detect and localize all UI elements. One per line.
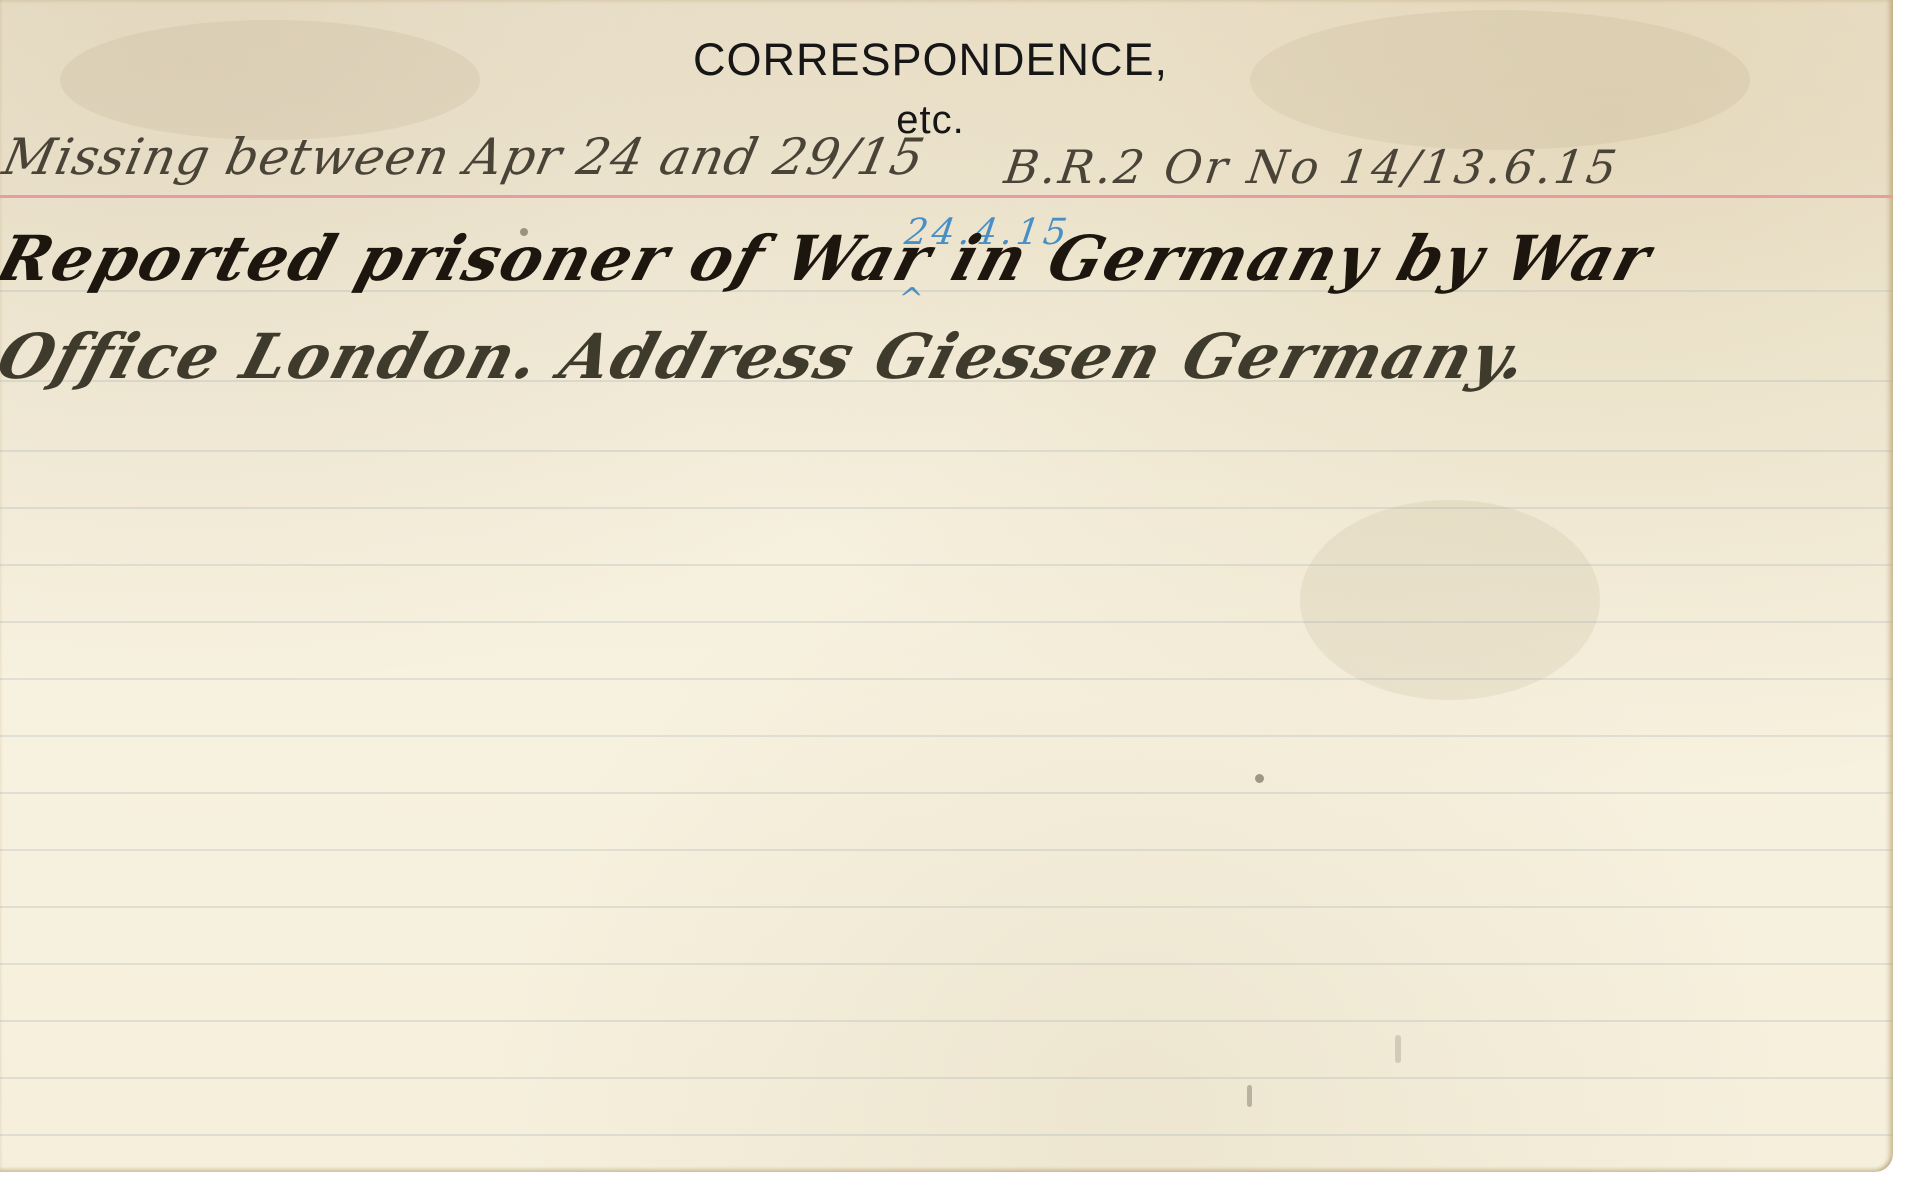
blue-rule-line bbox=[0, 1134, 1893, 1136]
handwritten-address: Office London. Address Giessen Germany. bbox=[0, 320, 1538, 393]
blue-rule-line bbox=[0, 564, 1893, 566]
ink-speck bbox=[1395, 1035, 1401, 1063]
paper-stain bbox=[1300, 500, 1600, 700]
ink-speck bbox=[520, 228, 528, 236]
ink-speck bbox=[1255, 774, 1264, 783]
card-heading: CORRESPONDENCE, bbox=[0, 34, 1877, 86]
blue-rule-line bbox=[0, 1020, 1893, 1022]
handwritten-reference-number: B.R.2 Or No 14/13.6.15 bbox=[1001, 140, 1623, 194]
blue-rule-line bbox=[0, 621, 1893, 623]
blue-rule-line bbox=[0, 735, 1893, 737]
blue-rule-line bbox=[0, 906, 1893, 908]
blue-rule-line bbox=[0, 792, 1893, 794]
blue-rule-line bbox=[0, 507, 1893, 509]
blue-rule-line bbox=[0, 849, 1893, 851]
index-card: CORRESPONDENCE, etc. Missing between Apr… bbox=[0, 0, 1893, 1172]
ink-speck bbox=[1247, 1085, 1252, 1107]
blue-rule-line bbox=[0, 963, 1893, 965]
handwritten-prisoner-report: Reported prisoner of War in Germany by W… bbox=[0, 222, 1660, 295]
red-rule-line bbox=[0, 195, 1893, 198]
blue-rule-line bbox=[0, 678, 1893, 680]
blue-rule-line bbox=[0, 450, 1893, 452]
handwritten-missing-entry: Missing between Apr 24 and 29/15 bbox=[0, 128, 930, 186]
blue-rule-line bbox=[0, 1077, 1893, 1079]
